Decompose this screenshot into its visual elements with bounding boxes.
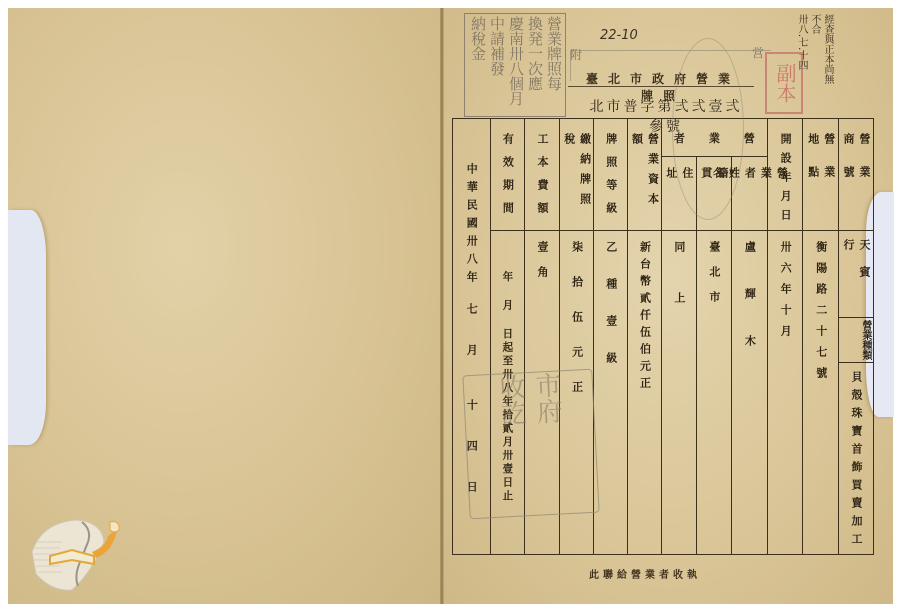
header-license-grade: 牌照等級 <box>603 133 619 225</box>
pencil-note-col: 營業牌照每 <box>545 16 563 116</box>
value-native-place: 臺北市 <box>706 241 722 316</box>
value-owner-name: 盧輝木 <box>741 241 757 382</box>
column-residence: 住址 同上 <box>662 157 696 554</box>
pencil-stamp-col: 市府 <box>530 371 567 514</box>
pencil-note-col: 納稅金 <box>469 16 487 116</box>
verification-note: 經查與正本尚無 不合 卅八.七.十四 <box>796 14 833 124</box>
value-fee: 壹角 <box>534 241 550 291</box>
pencil-note-col: 慶南卅八個月 <box>507 16 525 116</box>
value-license-grade: 乙種壹級 <box>603 241 619 389</box>
header-business-name: 營業商號 <box>840 133 872 230</box>
pencil-loop-mark <box>672 38 744 220</box>
pencil-note-col: 中請補發 <box>488 16 506 116</box>
verification-note-col: 經查與正本尚無 <box>822 14 833 124</box>
issue-date-month: 七月 <box>463 303 479 385</box>
business-type-label: 營業種類 <box>839 317 873 363</box>
pencil-note-col: 換発一次應 <box>526 16 544 116</box>
header-fee: 工本費額 <box>534 133 550 225</box>
page-fold <box>440 8 444 604</box>
footer-note: 此聯給營業者收執 <box>575 566 715 581</box>
pencil-notes: 營業牌照每 換発一次應 慶南卅八個月 中請補發 納稅金 <box>468 16 563 116</box>
pencil-mark-right: 営 <box>752 44 764 61</box>
pencil-mark-left: 附 <box>570 46 582 63</box>
issue-date-era: 中華民國卅八年 <box>463 163 479 289</box>
archive-logo-icon <box>22 512 122 594</box>
business-type-value: 貝殼珠寶首飾買賣加工 <box>848 371 864 551</box>
header-validity: 有效期間 <box>499 133 515 225</box>
value-opening-date: 卅六年十月 <box>777 241 793 346</box>
pencil-stamp-col: 收訖 <box>494 373 531 516</box>
header-capital: 營業資本額 <box>628 133 660 230</box>
value-capital: 新台幣貳仟伍伯元正 <box>636 241 652 394</box>
column-owner-name: 營業者姓名 盧輝木 <box>731 157 767 554</box>
column-business-address: 營業地點 衡陽路二十七號 <box>802 119 838 554</box>
header-license-tax: 繳納牌照稅 <box>561 133 593 230</box>
column-business-name: 營業商號 天賓行 營業種類 貝殼珠寶首飾買賣加工 <box>838 119 873 554</box>
owner-label-char: 營 <box>744 130 755 146</box>
verification-note-col: 卅八.七.十四 <box>796 14 807 124</box>
column-license-grade: 牌照等級 乙種壹級 <box>593 119 627 554</box>
torn-edge-left <box>8 210 46 445</box>
value-business-name: 天賓行 <box>840 239 872 309</box>
handwritten-number: 22-10 <box>600 28 638 43</box>
pencil-received-mark: 市府 收訖 <box>462 369 599 520</box>
header-business-address: 營業地點 <box>805 133 837 230</box>
value-residence: 同上 <box>671 241 687 343</box>
verification-note-col: 不合 <box>809 14 820 124</box>
column-capital: 營業資本額 新台幣貳仟伍伯元正 <box>627 119 661 554</box>
value-business-address: 衡陽路二十七號 <box>813 241 829 388</box>
